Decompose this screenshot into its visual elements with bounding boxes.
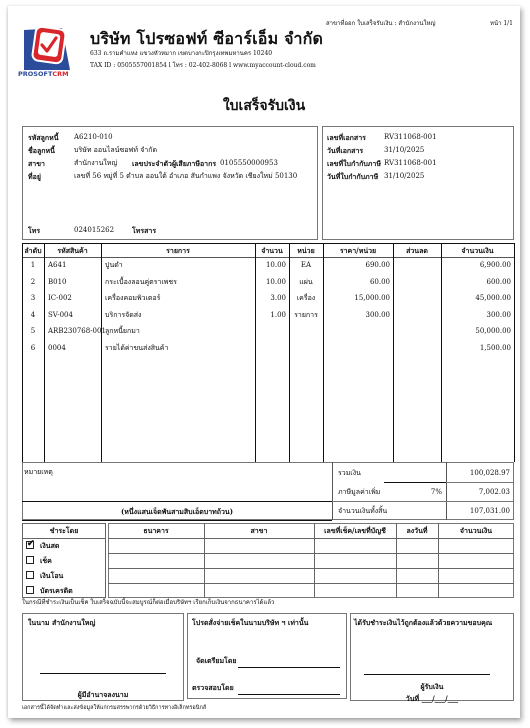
prosoft-crm-logo: PROSOFTCRM [18, 24, 82, 80]
authorized-signature-line[interactable] [40, 673, 166, 674]
items-table-cell-qty: 3.00 [255, 294, 289, 303]
payment-method-checkbox[interactable] [26, 556, 34, 564]
payment-table-header-cell: สาขา [204, 526, 314, 535]
remark-label: หมายเหตุ [24, 468, 53, 477]
authorized-title: ในนาม สำนักงานใหญ่ [28, 618, 95, 627]
tax-invoice-no: RV311068-001 [384, 159, 437, 168]
vat-label: ภาษีมูลค่าเพิ่ม [338, 488, 380, 497]
authorized-caption: ผู้มีอำนาจลงนาม [22, 690, 184, 699]
company-contact: TAX ID : 0505557001854 l โทร : 02-402-80… [90, 62, 316, 70]
customer-branch: สำนักงานใหญ่ [74, 159, 117, 168]
grand-total-value: 107,031.00 [448, 507, 510, 516]
vat-value: 7,002.03 [448, 488, 510, 497]
customer-code-label: รหัสลูกหนี้ [28, 133, 59, 142]
customer-name: บริษัท ออนไลน์ซอฟท์ จำกัด [74, 146, 157, 155]
items-table-header-cell: รหัสสินค้า [44, 246, 101, 255]
customer-code: A6210-010 [74, 133, 113, 142]
customer-branch-label: สาขา [28, 159, 45, 168]
items-table-cell-desc: ลูกหนี้ยกมา [101, 327, 255, 336]
customer-fax-label: โทรสาร [132, 226, 156, 235]
payment-table-row-divider [108, 538, 514, 539]
items-table-cell-code: ARB230768-001 [44, 327, 101, 336]
payment-table-row-divider [108, 553, 514, 554]
payment-method-checkbox[interactable] [26, 586, 34, 594]
items-table-column-divider [289, 243, 290, 462]
payment-table-header-cell: เลขที่เช็ค/เลขที่บัญชี [314, 526, 396, 535]
document-title: ใบเสร็จรับเงิน [8, 98, 520, 114]
items-table-header-cell: ราคา/หน่วย [323, 246, 393, 255]
items-table-cell-no: 3 [22, 294, 44, 303]
items-table-cell-no: 1 [22, 261, 44, 270]
checkmark-icon: ✔ [27, 539, 35, 549]
payment-method-checkbox[interactable] [26, 571, 34, 579]
items-table-cell-unit: EA [289, 261, 323, 270]
items-table-header-cell: ส่วนลด [393, 246, 441, 255]
document-info-box [322, 126, 514, 240]
items-table-cell-desc: กระเบื้องลอนคู่ตราเพชร [101, 278, 255, 287]
tax-invoice-date: 31/10/2025 [384, 172, 424, 181]
issuing-branch: สาขาที่ออก ใบเสร็จรับเงิน : สำนักงานใหญ่ [326, 20, 436, 28]
items-table-cell-code: SV-004 [44, 311, 101, 320]
logo-text-crm: CRM [52, 70, 68, 78]
items-table-header-cell: จำนวน [255, 246, 289, 255]
grand-total-label: จำนวนเงินทั้งสิ้น [338, 507, 387, 516]
tax-invoice-no-label: เลขที่ใบกำกับภาษี [327, 159, 381, 168]
payment-table-header-cell: จำนวนเงิน [438, 526, 514, 535]
receiver-signature-line[interactable] [364, 674, 490, 675]
items-table-cell-amount: 50,000.00 [441, 327, 514, 336]
doc-no-label: เลขที่เอกสาร [327, 133, 366, 142]
items-table-cell-price: 60.00 [323, 278, 393, 287]
checked-by-line[interactable] [238, 694, 340, 695]
items-table-cell-qty: 10.00 [255, 261, 289, 270]
company-address: 633 ถ.รามคำแหง แขวงหัวหมาก เขตบางกะปิกรุ… [90, 50, 272, 58]
payment-method-header-divider [22, 538, 106, 539]
items-table-cell-unit: เครื่อง [289, 294, 323, 303]
items-table-cell-desc: รายได้ค่าขนส่งสินค้า [101, 344, 255, 353]
customer-address-label: ที่อยู่ [28, 172, 41, 181]
items-table-cell-amount: 300.00 [441, 311, 514, 320]
customer-address: เลขที่ 56 หมู่ที่ 5 ตำบล ออนใต้ อำเภอ สั… [74, 172, 297, 181]
items-table-column-divider [323, 243, 324, 462]
payment-table-header-cell: ธนาคาร [108, 526, 204, 535]
payment-method-label: เช็ค [40, 556, 52, 565]
items-table-cell-qty: 10.00 [255, 278, 289, 287]
items-table-cell-amount: 45,000.00 [441, 294, 514, 303]
items-table-cell-desc: ปูนดำ [101, 261, 255, 270]
items-table-cell-code: A641 [44, 261, 101, 270]
items-table-cell-amount: 6,900.00 [441, 261, 514, 270]
items-table-cell-price: 15,000.00 [323, 294, 393, 303]
receiver-caption: ผู้รับเงิน [350, 682, 514, 691]
items-table-cell-no: 5 [22, 327, 44, 336]
payment-table-header-cell: ชำระโดย [22, 526, 106, 535]
receiver-title: ได้รับชำระเงินไว้ถูกต้องแล้วด้วยความขอบค… [354, 618, 492, 627]
subtotal-label: รวมเงิน [338, 469, 361, 478]
payment-method-label: เงินโอน [40, 571, 63, 580]
amount-in-words: (หนึ่งแสนเจ็ดพันสามสิบเอ็ดบาทถ้วน) [22, 507, 332, 516]
items-table-header-cell: หน่วย [289, 246, 323, 255]
payment-method-label: เงินสด [40, 541, 59, 550]
items-table-cell-code: B010 [44, 278, 101, 287]
subtotal-value: 100,028.97 [448, 469, 510, 478]
items-table-cell-no: 6 [22, 344, 44, 353]
items-table-column-divider [255, 243, 256, 462]
items-table-cell-no: 2 [22, 278, 44, 287]
items-table-cell-unit: แผ่น [289, 278, 323, 287]
doc-date-label: วันที่เอกสาร [327, 146, 363, 155]
items-table-header-cell: ลำดับ [22, 246, 44, 255]
payment-table-row-divider [108, 568, 514, 569]
items-table-cell-desc: เครื่องคอมพิวเตอร์ [101, 294, 255, 303]
logo-text-prosoft: PROSOFT [18, 70, 52, 78]
doc-date: 31/10/2025 [384, 146, 424, 155]
payment-method-label: บัตรเครดิต [40, 586, 73, 595]
tax-invoice-date-label: วันที่ใบกำกับภาษี [327, 172, 378, 181]
payment-table-row-divider [108, 583, 514, 584]
items-table-cell-qty: 1.00 [255, 311, 289, 320]
check-payment-note: ในกรณีที่ชำระเงินเป็นเช็ค ใบเสร็จฉบับนี้… [22, 599, 274, 607]
items-table-cell-code: IC-002 [44, 294, 101, 303]
items-table-cell-no: 4 [22, 311, 44, 320]
items-table-cell-amount: 600.00 [441, 278, 514, 287]
vat-rate: 7% [408, 488, 442, 497]
items-table-cell-desc: บริการจัดส่ง [101, 311, 255, 320]
items-table-header-cell: รายการ [101, 246, 255, 255]
items-table-header-cell: จำนวนเงิน [441, 246, 514, 255]
customer-taxid: 0105550000953 [220, 159, 278, 168]
receipt-page: PROSOFTCRM บริษัท โปรซอฟท์ ซีอาร์เอ็ม จำ… [8, 6, 520, 718]
customer-info-box [22, 126, 318, 240]
items-table-cell-unit: รายการ [289, 311, 323, 320]
payment-table-header-cell: ลงวันที่ [396, 526, 438, 535]
e-tax-footer-note: เอกสารนี้ได้จัดทำและส่งข้อมูลให้แก่กรมสร… [22, 704, 206, 712]
company-name: บริษัท โปรซอฟท์ ซีอาร์เอ็ม จำกัด [90, 30, 323, 48]
items-table-cell-code: 0004 [44, 344, 101, 353]
cheque-payee-note: โปรดสั่งจ่ายเช็คในนามบริษัท ฯ เท่านั้น [192, 618, 308, 627]
prepared-by-label: จัดเตรียมโดย [196, 656, 236, 665]
page-number: หน้า 1/1 [490, 20, 513, 28]
prepared-by-line[interactable] [238, 667, 340, 668]
doc-no: RV311068-001 [384, 133, 437, 142]
items-table-column-divider [514, 243, 515, 462]
items-table-cell-price: 690.00 [323, 261, 393, 270]
customer-phone: 024015262 [74, 226, 114, 235]
customer-phone-label: โทร [28, 226, 40, 235]
items-table-cell-price: 300.00 [323, 311, 393, 320]
checked-by-label: ตรวจสอบโดย [192, 683, 234, 692]
customer-taxid-label: เลขประจำตัวผู้เสียภาษีอากร [132, 159, 216, 168]
receive-date: วันที่ ___/___/___ [350, 694, 514, 703]
payment-method-checkbox[interactable]: ✔ [26, 541, 34, 549]
items-table-column-divider [393, 243, 394, 462]
items-table-cell-amount: 1,500.00 [441, 344, 514, 353]
customer-name-label: ชื่อลูกหนี้ [28, 146, 55, 155]
